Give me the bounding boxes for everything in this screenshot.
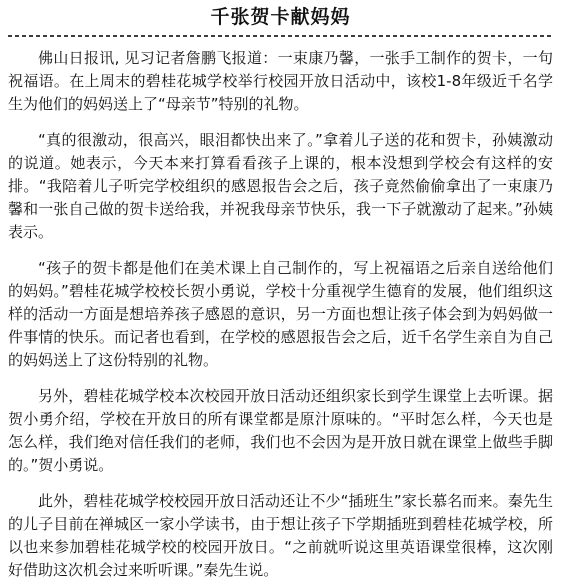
article-page: 千张贺卡献妈妈 佛山日报讯, 见习记者詹鹏飞报道：一束康乃馨，一张手工制作的贺卡… (0, 0, 561, 586)
article-paragraph-quote-mother: “真的很激动，很高兴，眼泪都快出来了。”拿着儿子送的花和贺卡，孙姨激动的说道。她… (8, 129, 553, 244)
article-paragraph-transfer-parents: 此外，碧桂花城学校校园开放日活动还让不少“插班生”家长慕名而来。秦先生的儿子目前… (8, 490, 553, 582)
article-paragraph-open-class: 另外，碧桂花城学校本次校园开放日活动还组织家长到学生课堂上去听课。据贺小勇介绍，… (8, 385, 553, 477)
dashed-divider (8, 35, 553, 37)
article-paragraph-principal: “孩子的贺卡都是他们在美术课上自己制作的，写上祝福语之后亲自送给他们的妈妈。”碧… (8, 257, 553, 372)
article-paragraph-lead: 佛山日报讯, 见习记者詹鹏飞报道：一束康乃馨，一张手工制作的贺卡，一句祝福语。在… (8, 47, 553, 116)
article-title: 千张贺卡献妈妈 (8, 7, 553, 28)
